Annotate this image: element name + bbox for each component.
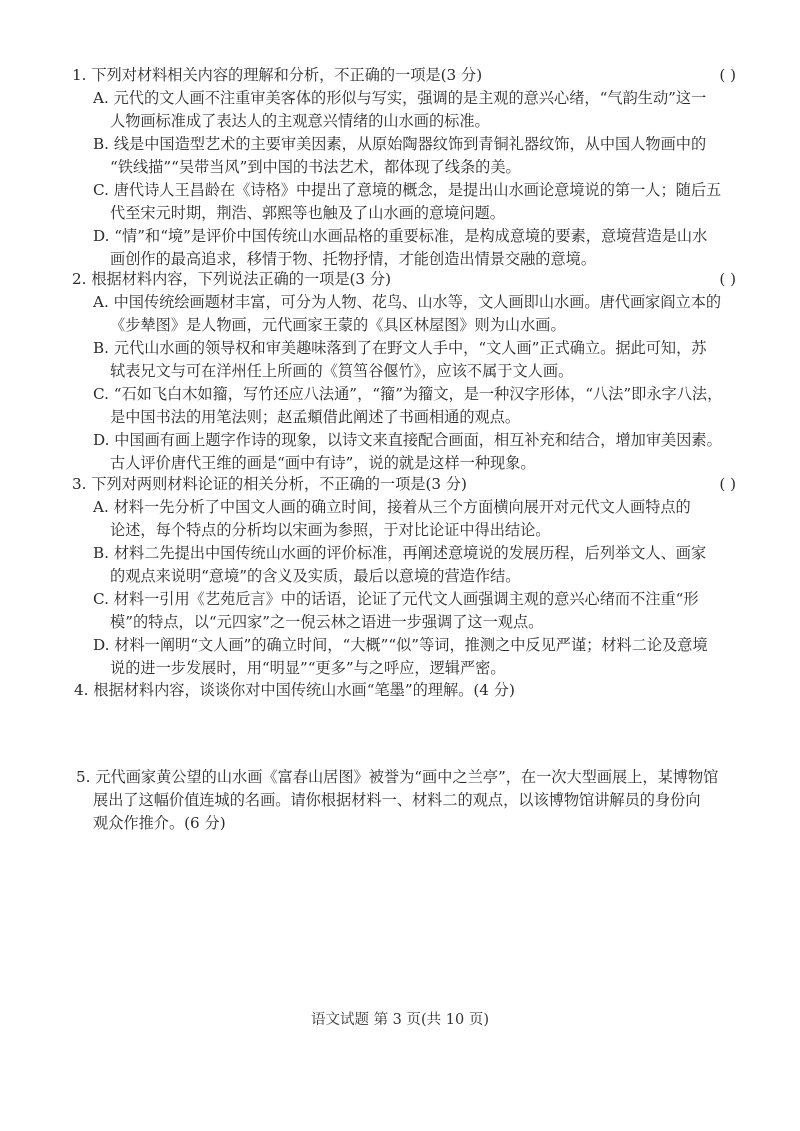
option-c: C. “石如飞白木如籀，写竹还应八法通”，“籀”为籀文，是一种汉字形体，“八法”…: [76, 383, 756, 429]
option-line: B. 线是中国造型艺术的主要审美因素，从原始陶器纹饰到青铜礼器纹饰，从中国人物画…: [93, 133, 756, 156]
answer-blank[interactable]: ( ): [719, 473, 736, 496]
option-a: A. 元代的文人画不注重审美客体的形似与写实，强调的是主观的意兴心绪，“气韵生动…: [76, 87, 756, 133]
stem-text: 2. 根据材料内容，下列说法正确的一项是(3 分): [72, 270, 391, 288]
option-c: C. 唐代诗人王昌龄在《诗格》中提出了意境的概念，是提出山水画论意境说的第一人；…: [76, 179, 756, 225]
stem-line: 5. 元代画家黄公望的山水画《富春山居图》被誉为“画中之兰亭”，在一次大型画展上…: [76, 766, 756, 789]
option-line: 古人评价唐代王维的画是“画中有诗”，说的就是这样一种现象。: [93, 452, 756, 475]
exam-page: 1. 下列对材料相关内容的理解和分析，不正确的一项是(3 分) ( ) A. 元…: [0, 0, 800, 1131]
option-line: D. “情”和“境”是评价中国传统山水画品格的重要标准，是构成意境的要素，意境营…: [93, 225, 756, 248]
option-line: A. 中国传统绘画题材丰富，可分为人物、花鸟、山水等，文人画即山水画。唐代画家阎…: [93, 291, 756, 314]
stem-text: 4. 根据材料内容，谈谈你对中国传统山水画“笔墨”的理解。(4 分): [74, 681, 515, 699]
option-line: C. 材料一引用《艺苑卮言》中的话语，论证了元代文人画强调主观的意兴心绪而不注重…: [93, 588, 756, 611]
option-line: D. 中国画有画上题字作诗的现象，以诗文来直接配合画面，相互补充和结合，增加审美…: [93, 429, 756, 452]
option-a: A. 材料一先分析了中国文人画的确立时间，接着从三个方面横向展开对元代文人画特点…: [76, 496, 756, 542]
option-c: C. 材料一引用《艺苑卮言》中的话语，论证了元代文人画强调主观的意兴心绪而不注重…: [76, 588, 756, 634]
question-2: 2. 根据材料内容，下列说法正确的一项是(3 分) ( ) A. 中国传统绘画题…: [76, 268, 756, 475]
option-line: A. 材料一先分析了中国文人画的确立时间，接着从三个方面横向展开对元代文人画特点…: [93, 496, 756, 519]
answer-blank[interactable]: ( ): [719, 64, 736, 87]
option-a: A. 中国传统绘画题材丰富，可分为人物、花鸟、山水等，文人画即山水画。唐代画家阎…: [76, 291, 756, 337]
page-footer: 语文试题 第 3 页(共 10 页): [0, 1008, 800, 1029]
stem-line: 展出了这幅价值连城的名画。请你根据材料一、材料二的观点，以该博物馆讲解员的身份向: [76, 789, 756, 812]
question-stem: 5. 元代画家黄公望的山水画《富春山居图》被誉为“画中之兰亭”，在一次大型画展上…: [76, 766, 756, 835]
answer-blank[interactable]: ( ): [719, 268, 736, 291]
question-stem: 4. 根据材料内容，谈谈你对中国传统山水画“笔墨”的理解。(4 分): [74, 679, 756, 702]
option-line: 代至宋元时期，荆浩、郭熙等也触及了山水画的意境问题。: [93, 202, 756, 225]
question-1: 1. 下列对材料相关内容的理解和分析，不正确的一项是(3 分) ( ) A. 元…: [76, 64, 756, 271]
option-b: B. 材料二先提出中国传统山水画的评价标准，再阐述意境说的发展历程，后列举文人、…: [76, 542, 756, 588]
stem-text: 3. 下列对两则材料论证的相关分析，不正确的一项是(3 分): [72, 475, 467, 493]
stem-line: 观众作推介。(6 分): [76, 812, 756, 835]
option-b: B. 元代山水画的领导权和审美趣味落到了在野文人手中，“文人画”正式确立。据此可…: [76, 337, 756, 383]
option-line: 轼表兄文与可在洋州任上所画的《筼筜谷偃竹》，应该不属于文人画。: [93, 360, 756, 383]
option-line: “铁线描”“吴带当风”到中国的书法艺术，都体现了线条的美。: [93, 156, 756, 179]
option-line: D. 材料一阐明“文人画”的确立时间，“大概”“似”等词，推测之中反见严谨；材料…: [93, 634, 756, 657]
option-line: B. 材料二先提出中国传统山水画的评价标准，再阐述意境说的发展历程，后列举文人、…: [93, 542, 756, 565]
option-d: D. 中国画有画上题字作诗的现象，以诗文来直接配合画面，相互补充和结合，增加审美…: [76, 429, 756, 475]
option-line: 人物画标准成了表达人的主观意兴情绪的山水画的标准。: [93, 110, 756, 133]
question-3: 3. 下列对两则材料论证的相关分析，不正确的一项是(3 分) ( ) A. 材料…: [76, 473, 756, 680]
question-4: 4. 根据材料内容，谈谈你对中国传统山水画“笔墨”的理解。(4 分): [76, 679, 756, 702]
option-line: 的观点来说明“意境”的含义及实质，最后以意境的营造作结。: [93, 565, 756, 588]
question-stem: 1. 下列对材料相关内容的理解和分析，不正确的一项是(3 分) ( ): [72, 64, 756, 87]
option-line: 模”的特点，以“元四家”之一倪云林之语进一步强调了这一观点。: [93, 611, 756, 634]
option-line: 《步辇图》是人物画，元代画家王蒙的《具区林屋图》则为山水画。: [93, 314, 756, 337]
option-d: D. 材料一阐明“文人画”的确立时间，“大概”“似”等词，推测之中反见严谨；材料…: [76, 634, 756, 680]
option-line: 是中国书法的用笔法则；赵孟頫借此阐述了书画相通的观点。: [93, 406, 756, 429]
option-d: D. “情”和“境”是评价中国传统山水画品格的重要标准，是构成意境的要素，意境营…: [76, 225, 756, 271]
option-line: 说的进一步发展时，用“明显”“更多”与之呼应，逻辑严密。: [93, 657, 756, 680]
option-line: C. 唐代诗人王昌龄在《诗格》中提出了意境的概念，是提出山水画论意境说的第一人；…: [93, 179, 756, 202]
option-line: A. 元代的文人画不注重审美客体的形似与写实，强调的是主观的意兴心绪，“气韵生动…: [93, 87, 756, 110]
question-stem: 2. 根据材料内容，下列说法正确的一项是(3 分) ( ): [72, 268, 756, 291]
question-5: 5. 元代画家黄公望的山水画《富春山居图》被誉为“画中之兰亭”，在一次大型画展上…: [76, 766, 756, 835]
stem-text: 1. 下列对材料相关内容的理解和分析，不正确的一项是(3 分): [72, 66, 482, 84]
option-b: B. 线是中国造型艺术的主要审美因素，从原始陶器纹饰到青铜礼器纹饰，从中国人物画…: [76, 133, 756, 179]
option-line: 论述，每个特点的分析均以宋画为参照，于对比论证中得出结论。: [93, 519, 756, 542]
option-line: B. 元代山水画的领导权和审美趣味落到了在野文人手中，“文人画”正式确立。据此可…: [93, 337, 756, 360]
option-line: C. “石如飞白木如籀，写竹还应八法通”，“籀”为籀文，是一种汉字形体，“八法”…: [93, 383, 756, 406]
question-stem: 3. 下列对两则材料论证的相关分析，不正确的一项是(3 分) ( ): [72, 473, 756, 496]
